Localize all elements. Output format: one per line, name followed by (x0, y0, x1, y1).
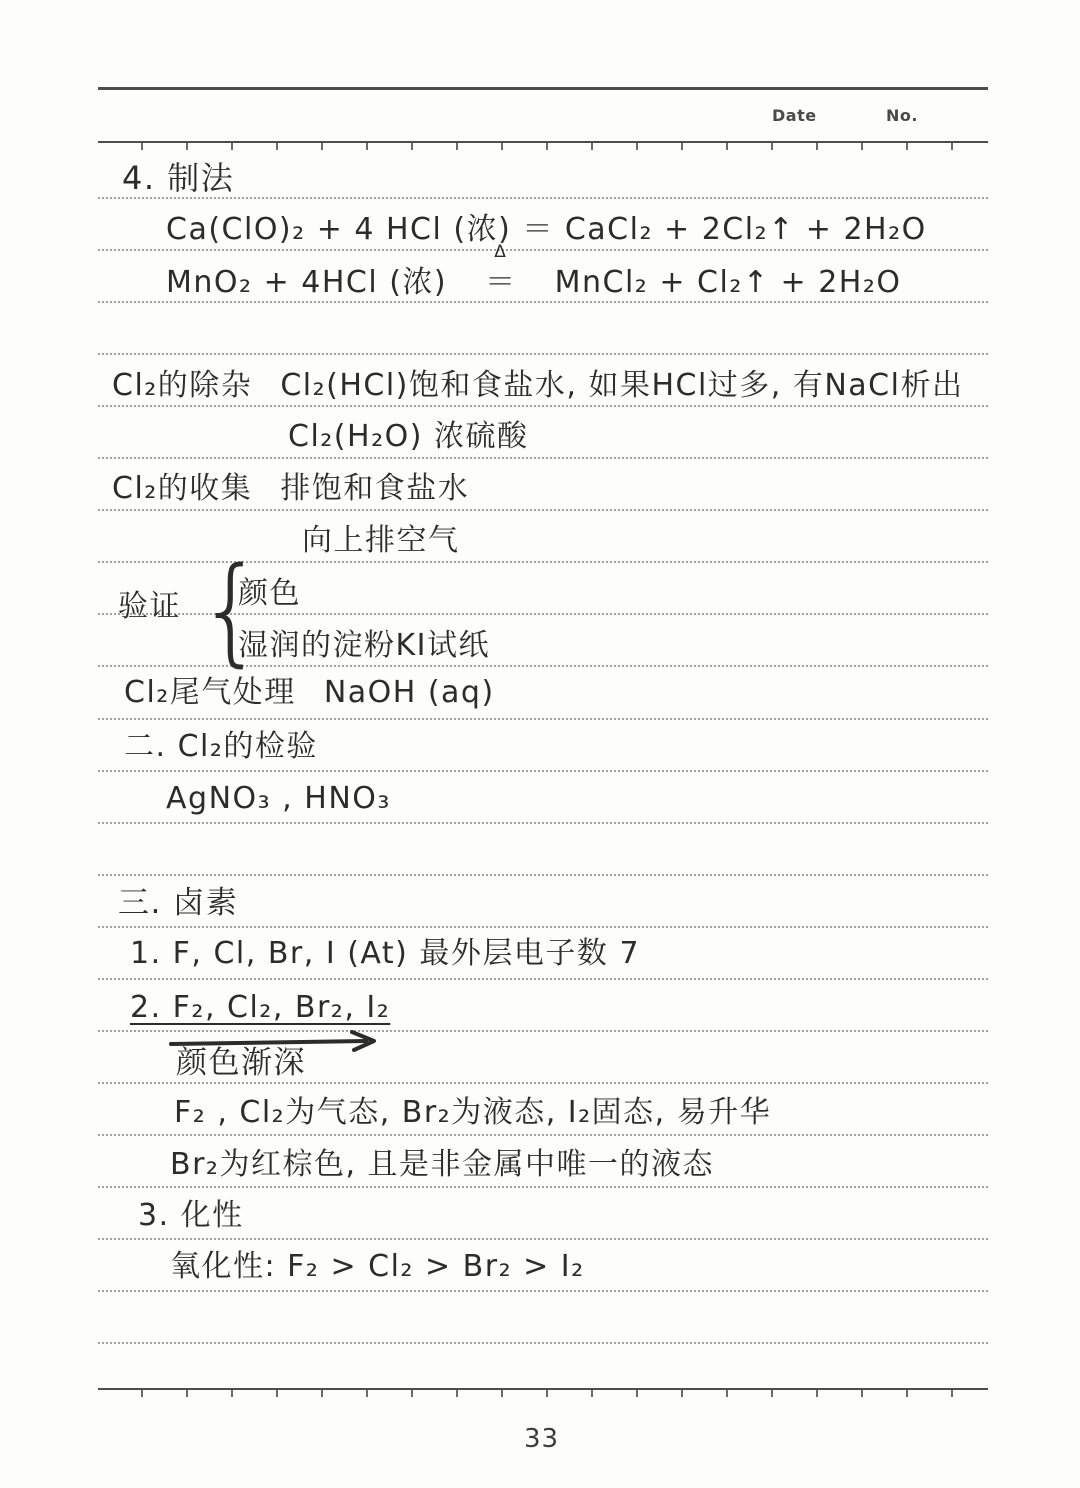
ruled-line (98, 457, 988, 459)
collection-label: Cl₂的收集 (112, 472, 252, 507)
oxidizing-order: 氧化性: F₂ > Cl₂ > Br₂ > I₂ (170, 1250, 585, 1285)
collection-method1: 排饱和食盐水 (280, 472, 469, 507)
halogens-point1: 1. F, Cl, Br, I (At) 最外层电子数 7 (130, 937, 640, 972)
tail-gas-row: Cl₂尾气处理 NaOH (aq) (124, 676, 495, 711)
ruled-line (98, 1342, 988, 1344)
ruled-line (98, 353, 988, 355)
verification-item1: 颜色 (238, 577, 301, 612)
header-tick-marks (98, 143, 988, 150)
purification-row: Cl₂的除杂 Cl₂(HCl)饱和食盐水, 如果HCl过多, 有NaCl析出 (112, 369, 963, 404)
equation-mno2-left: MnO₂ + 4HCl (浓) (166, 266, 447, 301)
ruled-line (98, 301, 988, 303)
ruled-line (98, 822, 988, 824)
footer-tick-marks (98, 1390, 988, 1397)
preparation-title: 4. 制法 (122, 160, 234, 197)
ruled-line (98, 509, 988, 511)
ruled-line (98, 1238, 988, 1240)
ruled-line (98, 926, 988, 928)
tail-gas-label: Cl₂尾气处理 (124, 676, 296, 711)
collection-method2: 向上排空气 (302, 524, 460, 559)
halogen-states: F₂ , Cl₂为气态, Br₂为液态, I₂固态, 易升华 (174, 1096, 771, 1131)
equals-sign: ＝ (485, 265, 517, 300)
ruled-line (98, 249, 988, 251)
ruled-line (98, 978, 988, 980)
equation-mno2-right: MnCl₂ + Cl₂↑ + 2H₂O (555, 266, 902, 301)
halogens-title: 三. 卤素 (118, 886, 238, 922)
ruled-line (98, 405, 988, 407)
purification-label: Cl₂的除杂 (112, 369, 252, 404)
chemical-properties-title: 3. 化性 (138, 1199, 244, 1234)
chlorine-test-reagents: AgNO₃ , HNO₃ (166, 782, 391, 817)
date-label: Date (772, 106, 817, 125)
arrow-caption: 颜色渐深 (176, 1046, 306, 1082)
equation-bleach: Ca(ClO)₂ + 4 HCl (浓) ＝ CaCl₂ + 2Cl₂↑ + 2… (166, 213, 927, 248)
equation-mno2: MnO₂ + 4HCl (浓)Δ＝MnCl₂ + Cl₂↑ + 2H₂O (166, 266, 901, 301)
page-number: 33 (524, 1424, 559, 1454)
halogens-point2: 2. F₂, Cl₂, Br₂, I₂ (130, 991, 390, 1026)
purification-method1: Cl₂(HCl)饱和食盐水, 如果HCl过多, 有NaCl析出 (280, 369, 963, 404)
ruled-line (98, 197, 988, 199)
ruled-line (98, 1134, 988, 1136)
collection-row: Cl₂的收集 排饱和食盐水 (112, 472, 469, 507)
verification-item2: 湿润的淀粉KI试纸 (238, 629, 490, 664)
delta-heat-icon: Δ (494, 244, 507, 261)
bromine-color-note: Br₂为红棕色, 且是非金属中唯一的液态 (170, 1148, 714, 1183)
purification-method2: Cl₂(H₂O) 浓硫酸 (288, 420, 528, 455)
verification-label: 验证 (118, 590, 181, 625)
ruled-line (98, 718, 988, 720)
no-label: No. (886, 106, 918, 125)
ruled-line (98, 1290, 988, 1292)
ruled-line (98, 770, 988, 772)
chlorine-test-title: 二. Cl₂的检验 (124, 730, 318, 765)
ruled-line (98, 1082, 988, 1084)
ruled-line (98, 874, 988, 876)
tail-gas-value: NaOH (aq) (324, 676, 495, 711)
ruled-line (98, 1186, 988, 1188)
notebook-page: Date No. 4. 制法 Ca(ClO)₂ + 4 HCl (浓) ＝ Ca… (0, 0, 1080, 1488)
header-rule-top (98, 87, 988, 90)
heated-equals-symbol: Δ＝ (485, 266, 517, 301)
